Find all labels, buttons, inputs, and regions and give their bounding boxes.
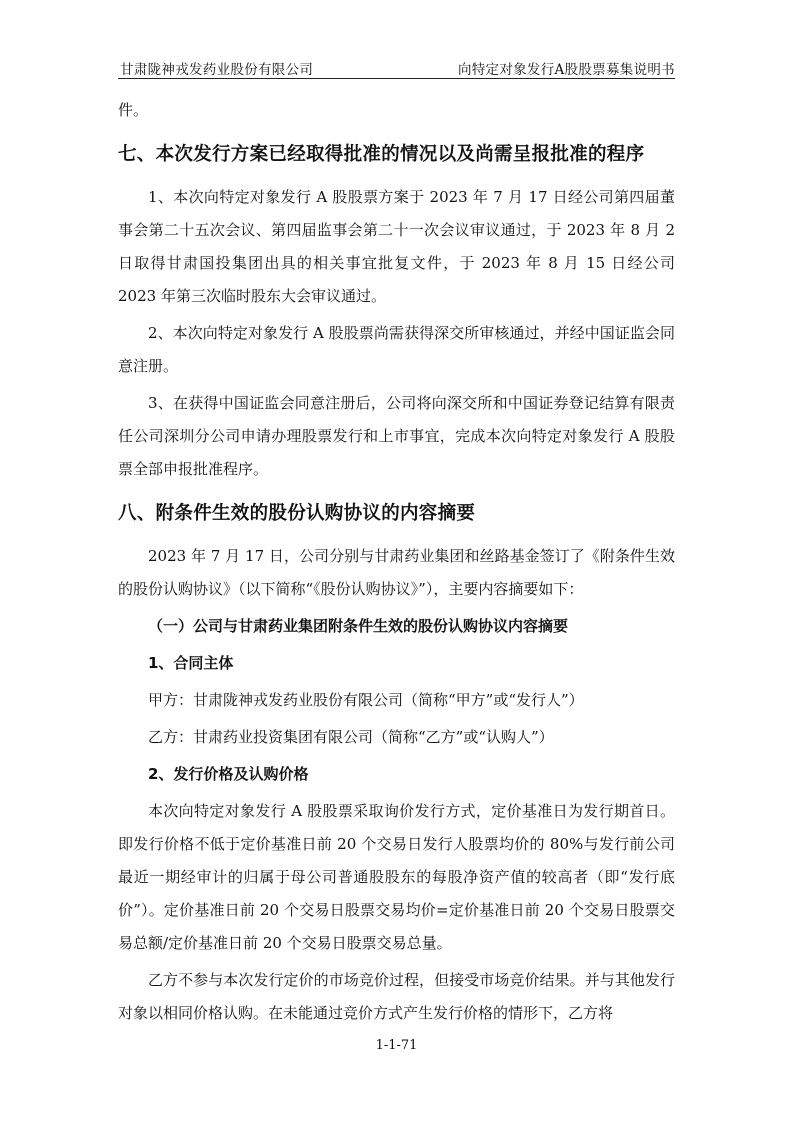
page-header: 甘肃陇神戎发药业股份有限公司 向特定对象发行A股股票募集说明书 bbox=[118, 56, 675, 79]
section-7-paragraph-2: 2、本次向特定对象发行 A 股股票尚需获得深交所审核通过，并经中国证监会同意注册… bbox=[118, 317, 675, 383]
section-8-heading: 八、附条件生效的股份认购协议的内容摘要 bbox=[118, 500, 675, 528]
party-b-text: 乙方：甘肃药业投资集团有限公司（简称“乙方”或“认购人”） bbox=[118, 721, 675, 754]
page-number: 1-1-71 bbox=[0, 1038, 793, 1053]
item-2-paragraph-2: 乙方不参与本次发行定价的市场竞价过程，但接受市场竞价结果。并与其他发行对象以相同… bbox=[118, 964, 675, 1030]
section-7-paragraph-1: 1、本次向特定对象发行 A 股股票方案于 2023 年 7 月 17 日经公司第… bbox=[118, 181, 675, 313]
subsection-1-heading: （一）公司与甘肃药业集团附条件生效的股份认购协议内容摘要 bbox=[118, 610, 675, 643]
header-company-name: 甘肃陇神戎发药业股份有限公司 bbox=[120, 58, 313, 78]
continuation-text: 件。 bbox=[118, 94, 675, 127]
page-content: 件。 七、本次发行方案已经取得批准的情况以及尚需呈报批准的程序 1、本次向特定对… bbox=[118, 94, 675, 1030]
document-page: 甘肃陇神戎发药业股份有限公司 向特定对象发行A股股票募集说明书 件。 七、本次发… bbox=[0, 0, 793, 1122]
party-a-text: 甲方：甘肃陇神戎发药业股份有限公司（简称“甲方”或“发行人”） bbox=[118, 684, 675, 717]
section-8-intro: 2023 年 7 月 17 日，公司分别与甘肃药业集团和丝路基金签订了《附条件生… bbox=[118, 540, 675, 606]
item-1-heading: 1、合同主体 bbox=[118, 647, 675, 680]
section-7-heading: 七、本次发行方案已经取得批准的情况以及尚需呈报批准的程序 bbox=[118, 141, 675, 169]
header-document-title: 向特定对象发行A股股票募集说明书 bbox=[458, 58, 675, 78]
item-2-paragraph-1: 本次向特定对象发行 A 股股票采取询价发行方式，定价基准日为发行期首日。即发行价… bbox=[118, 795, 675, 960]
section-7-paragraph-3: 3、在获得中国证监会同意注册后，公司将向深交所和中国证券登记结算有限责任公司深圳… bbox=[118, 387, 675, 486]
item-2-heading: 2、发行价格及认购价格 bbox=[118, 758, 675, 791]
